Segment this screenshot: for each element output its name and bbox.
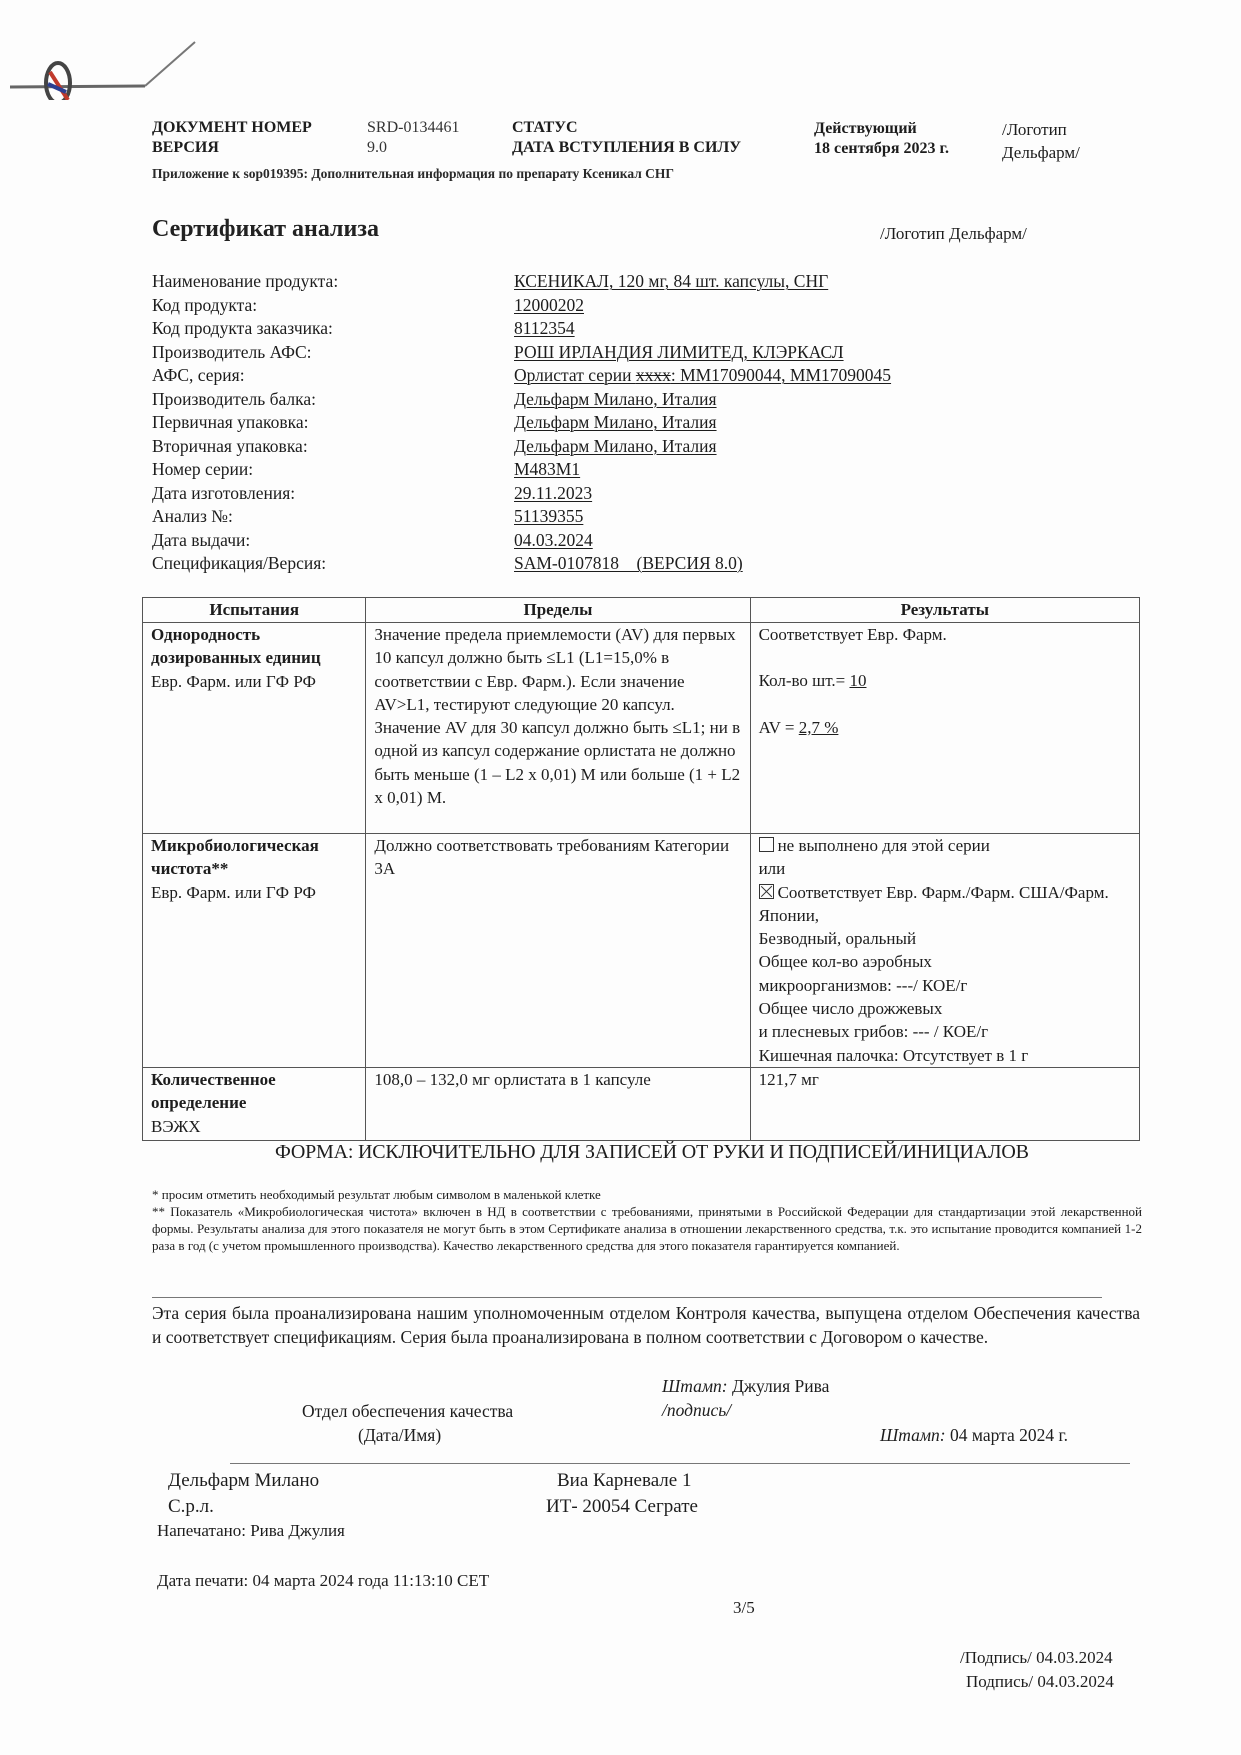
test-method: ВЭЖХ bbox=[151, 1115, 357, 1138]
status-label: СТАТУС bbox=[512, 118, 578, 138]
stamp-label: Штамп: bbox=[662, 1376, 728, 1396]
footnote-1: * просим отметить необходимый результат … bbox=[152, 1186, 1142, 1203]
signature-line-1: /Подпись/ 04.03.2024 bbox=[960, 1648, 1113, 1668]
test-cell: Однородность дозированных единиц Евр. Фа… bbox=[143, 623, 366, 834]
doc-number: SRD-0134461 bbox=[367, 118, 459, 138]
test-method: Евр. Фарм. или ГФ РФ bbox=[151, 881, 357, 904]
stamp-date: Штамп: 04 марта 2024 г. bbox=[880, 1424, 1068, 1447]
stamp-date-value: 04 марта 2024 г. bbox=[946, 1425, 1068, 1445]
info-label: Номер серии: bbox=[152, 458, 514, 482]
info-value: M483M1 bbox=[514, 458, 580, 482]
result-cell: Соответствует Евр. Фарм. Кол-во шт.= 10 … bbox=[750, 623, 1139, 834]
header-logo-line1: /Логотип bbox=[1002, 120, 1067, 140]
option-not-performed: не выполнено для этой серии bbox=[759, 834, 1131, 857]
micro-line: Кишечная палочка: Отсутствует в 1 г bbox=[759, 1044, 1131, 1067]
limits-cell: Должно соответствовать требованиям Катег… bbox=[366, 834, 750, 1068]
page-title: Сертификат анализа bbox=[152, 216, 379, 243]
divider bbox=[230, 1463, 1130, 1464]
certificate-logo: /Логотип Дельфарм/ bbox=[880, 224, 1027, 244]
info-row-analysis-number: Анализ №: 51139355 bbox=[152, 505, 891, 529]
effective-date-label: ДАТА ВСТУПЛЕНИЯ В СИЛУ bbox=[512, 138, 741, 158]
appendix-note: Приложение к sop019395: Дополнительная и… bbox=[152, 166, 674, 182]
result-conformity: Соответствует Евр. Фарм. bbox=[759, 623, 1131, 646]
info-row-customer-code: Код продукта заказчика: 8112354 bbox=[152, 317, 891, 341]
info-label: Производитель АФС: bbox=[152, 341, 514, 365]
api-batch-prefix: Орлистат серии bbox=[514, 365, 636, 385]
info-row-product-code: Код продукта: 12000202 bbox=[152, 294, 891, 318]
doc-number-label: ДОКУМЕНТ НОМЕР bbox=[152, 118, 312, 138]
info-row-batch-number: Номер серии: M483M1 bbox=[152, 458, 891, 482]
page-number: 3/5 bbox=[733, 1598, 755, 1618]
info-label: Вторичная упаковка: bbox=[152, 435, 514, 459]
info-value: КСЕНИКАЛ, 120 мг, 84 шт. капсулы, СНГ bbox=[514, 270, 828, 294]
info-value: Дельфарм Милано, Италия bbox=[514, 388, 717, 412]
info-value: 51139355 bbox=[514, 505, 583, 529]
company-name: Дельфарм Милано bbox=[168, 1468, 319, 1493]
info-value: 12000202 bbox=[514, 294, 584, 318]
result-cell: не выполнено для этой серии или Соответс… bbox=[750, 834, 1139, 1068]
info-value: 29.11.2023 bbox=[514, 482, 592, 506]
count-value: 10 bbox=[849, 671, 866, 690]
info-value: Орлистат серии хххх: ММ17090044, ММ17090… bbox=[514, 364, 891, 388]
info-row-api-batch: АФС, серия: Орлистат серии хххх: ММ17090… bbox=[152, 364, 891, 388]
av-value: 2,7 % bbox=[799, 718, 839, 737]
signature-placeholder: /подпись/ bbox=[662, 1399, 731, 1422]
option-complies: Соответствует Евр. Фарм./Фарм. США/Фарм.… bbox=[759, 881, 1131, 928]
micro-line: Безводный, оральный bbox=[759, 927, 1131, 950]
info-row-issue-date: Дата выдачи: 04.03.2024 bbox=[152, 529, 891, 553]
test-name: Микробиологическая чистота** bbox=[151, 834, 357, 881]
version-number: 9.0 bbox=[367, 138, 387, 158]
micro-line: Общее кол-во аэробных bbox=[759, 950, 1131, 973]
info-row-specification: Спецификация/Версия: SAM-0107818 (ВЕРСИЯ… bbox=[152, 552, 891, 576]
divider bbox=[152, 1297, 1102, 1298]
info-row-product-name: Наименование продукта: КСЕНИКАЛ, 120 мг,… bbox=[152, 270, 891, 294]
info-row-secondary-packaging: Вторичная упаковка: Дельфарм Милано, Ита… bbox=[152, 435, 891, 459]
info-value: РОШ ИРЛАНДИЯ ЛИМИТЕД, КЛЭРКАСЛ bbox=[514, 341, 844, 365]
option-label: Соответствует Евр. Фарм./Фарм. США/Фарм.… bbox=[759, 883, 1109, 925]
info-row-manufacture-date: Дата изготовления: 29.11.2023 bbox=[152, 482, 891, 506]
info-label: Дата изготовления: bbox=[152, 482, 514, 506]
micro-line: Общее число дрожжевых bbox=[759, 997, 1131, 1020]
test-cell: Микробиологическая чистота** Евр. Фарм. … bbox=[143, 834, 366, 1068]
qa-department: Отдел обеспечения качества bbox=[302, 1400, 513, 1423]
info-label: Анализ №: bbox=[152, 505, 514, 529]
form-note: ФОРМА: ИСКЛЮЧИТЕЛЬНО ДЛЯ ЗАПИСЕЙ ОТ РУКИ… bbox=[275, 1141, 1029, 1164]
print-date: Дата печати: 04 марта 2024 года 11:13:10… bbox=[157, 1571, 489, 1591]
checkbox-complies[interactable] bbox=[759, 884, 774, 899]
info-row-api-manufacturer: Производитель АФС: РОШ ИРЛАНДИЯ ЛИМИТЕД,… bbox=[152, 341, 891, 365]
table-row-microbiology: Микробиологическая чистота** Евр. Фарм. … bbox=[143, 834, 1140, 1068]
date-name-label: (Дата/Имя) bbox=[358, 1424, 441, 1447]
info-value: 04.03.2024 bbox=[514, 529, 593, 553]
product-info: Наименование продукта: КСЕНИКАЛ, 120 мг,… bbox=[152, 270, 891, 576]
info-label: Первичная упаковка: bbox=[152, 411, 514, 435]
checkbox-not-performed[interactable] bbox=[759, 837, 774, 852]
stamp-label: Штамп: bbox=[880, 1425, 946, 1445]
status-value: Действующий bbox=[814, 119, 917, 139]
test-cell: Количественное определение ВЭЖХ bbox=[143, 1068, 366, 1141]
info-label: Наименование продукта: bbox=[152, 270, 514, 294]
micro-line: и плесневых грибов: --- / КОЕ/г bbox=[759, 1020, 1131, 1043]
test-method: Евр. Фарм. или ГФ РФ bbox=[151, 670, 357, 693]
info-label: Производитель балка: bbox=[152, 388, 514, 412]
count-label: Кол-во шт.= bbox=[759, 671, 850, 690]
limits-cell: Значение предела приемлемости (AV) для п… bbox=[366, 623, 750, 834]
table-header-row: Испытания Пределы Результаты bbox=[143, 598, 1140, 623]
table-row-uniformity: Однородность дозированных единиц Евр. Фа… bbox=[143, 623, 1140, 834]
printed-by: Напечатано: Рива Джулия bbox=[157, 1521, 345, 1541]
signature-line-2: Подпись/ 04.03.2024 bbox=[966, 1672, 1114, 1692]
info-label: Код продукта заказчика: bbox=[152, 317, 514, 341]
info-value: Дельфарм Милано, Италия bbox=[514, 411, 717, 435]
test-name: Количественное определение bbox=[151, 1068, 357, 1115]
effective-date: 18 сентября 2023 г. bbox=[814, 139, 949, 159]
release-statement: Эта серия была проанализирована нашим уп… bbox=[152, 1302, 1140, 1349]
info-label: Дата выдачи: bbox=[152, 529, 514, 553]
header-limits: Пределы bbox=[366, 598, 750, 623]
av-label: AV = bbox=[759, 718, 799, 737]
header-results: Результаты bbox=[750, 598, 1139, 623]
results-table: Испытания Пределы Результаты Однородност… bbox=[142, 597, 1140, 1141]
info-label: Спецификация/Версия: bbox=[152, 552, 514, 576]
version-label: ВЕРСИЯ bbox=[152, 138, 219, 158]
info-row-primary-packaging: Первичная упаковка: Дельфарм Милано, Ита… bbox=[152, 411, 891, 435]
company-form: С.р.л. bbox=[168, 1494, 214, 1519]
footnotes: * просим отметить необходимый результат … bbox=[152, 1186, 1142, 1254]
info-label: АФС, серия: bbox=[152, 364, 514, 388]
test-name: Однородность дозированных единиц bbox=[151, 623, 357, 670]
table-row-assay: Количественное определение ВЭЖХ 108,0 – … bbox=[143, 1068, 1140, 1141]
info-value: SAM-0107818 (ВЕРСИЯ 8.0) bbox=[514, 552, 743, 576]
result-count: Кол-во шт.= 10 bbox=[759, 669, 1131, 692]
header-tests: Испытания bbox=[143, 598, 366, 623]
or-label: или bbox=[759, 857, 1131, 880]
stamp-value: Джулия Рива bbox=[728, 1376, 830, 1396]
info-value: 8112354 bbox=[514, 317, 575, 341]
result-cell: 121,7 мг bbox=[750, 1068, 1139, 1141]
limits-cell: 108,0 – 132,0 мг орлистата в 1 капсуле bbox=[366, 1068, 750, 1141]
api-batch-struck: хххх bbox=[636, 365, 671, 385]
result-av: AV = 2,7 % bbox=[759, 716, 1131, 739]
header-logo-line2: Дельфарм/ bbox=[1002, 143, 1080, 163]
footnote-2: ** Показатель «Микробиологическая чистот… bbox=[152, 1203, 1142, 1254]
info-label: Код продукта: bbox=[152, 294, 514, 318]
address-street: Виа Карневале 1 bbox=[557, 1468, 691, 1493]
micro-line: микроорганизмов: ---/ КОЕ/г bbox=[759, 974, 1131, 997]
api-batch-numbers: : ММ17090044, ММ17090045 bbox=[671, 365, 891, 385]
company-logo-icon bbox=[10, 20, 210, 100]
option-label: не выполнено для этой серии bbox=[778, 836, 990, 855]
info-row-bulk-manufacturer: Производитель балка: Дельфарм Милано, Ит… bbox=[152, 388, 891, 412]
stamp-name: Штамп: Джулия Рива bbox=[662, 1375, 829, 1398]
address-city: ИТ- 20054 Сеграте bbox=[546, 1494, 698, 1519]
info-value: Дельфарм Милано, Италия bbox=[514, 435, 717, 459]
